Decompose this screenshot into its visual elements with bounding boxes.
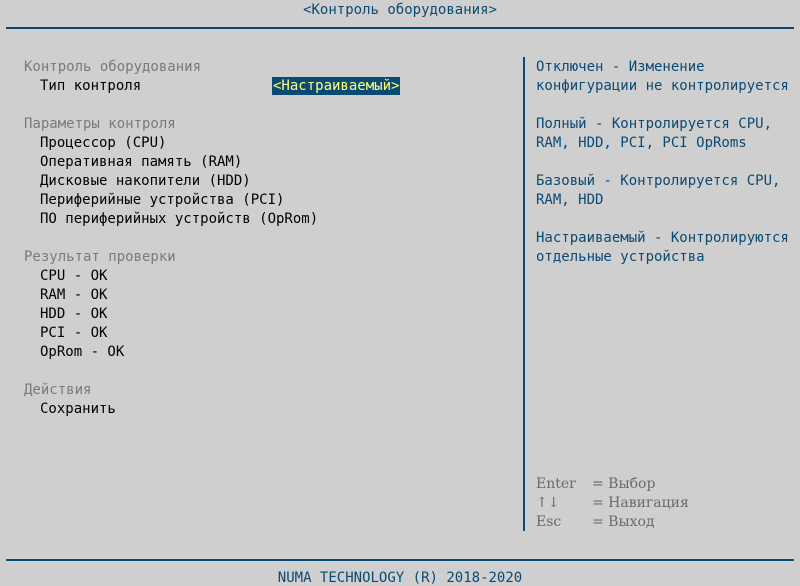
- help-line: Отключен - Изменение: [536, 58, 796, 77]
- save-button[interactable]: Сохранить: [24, 400, 504, 419]
- result-cpu: CPU - OK: [24, 267, 504, 286]
- esc-key-desc: = Выход: [592, 513, 655, 532]
- help-line: RAM, HDD, PCI, PCI OpRoms: [536, 134, 796, 153]
- control-type-label[interactable]: Тип контроля: [24, 77, 504, 96]
- footer-copyright: NUMA TECHNOLOGY (R) 2018-2020: [0, 569, 800, 586]
- bottom-divider: [6, 559, 794, 561]
- section-control-params: Параметры контроля: [24, 115, 504, 134]
- param-ram[interactable]: Оперативная память (RAM): [24, 153, 504, 172]
- help-line: RAM, HDD: [536, 191, 796, 210]
- result-hdd: HDD - OK: [24, 305, 504, 324]
- help-line: отдельные устройства: [536, 248, 796, 267]
- help-line: [536, 96, 796, 115]
- help-panel: Отключен - Изменение конфигурации не кон…: [536, 58, 796, 267]
- help-line: [536, 210, 796, 229]
- top-divider: [6, 27, 794, 29]
- page-title: <Контроль оборудования>: [0, 1, 800, 19]
- section-hardware-control: Контроль оборудования: [24, 58, 504, 77]
- result-pci: PCI - OK: [24, 324, 504, 343]
- key-hint-esc: Esc = Выход: [536, 513, 689, 532]
- key-hint-enter: Enter = Выбор: [536, 475, 689, 494]
- section-check-results: Результат проверки: [24, 248, 504, 267]
- help-line: [536, 153, 796, 172]
- help-line: конфигурации не контролируется: [536, 77, 796, 96]
- param-oprom[interactable]: ПО периферийных устройств (OpRom): [24, 210, 504, 229]
- key-legend: Enter = Выбор ↑↓ = Навигация Esc = Выход: [536, 475, 689, 532]
- arrows-icon: ↑↓: [536, 494, 592, 513]
- key-hint-arrows: ↑↓ = Навигация: [536, 494, 689, 513]
- result-oprom: OpRom - OK: [24, 343, 504, 362]
- settings-panel: Контроль оборудования Тип контроля Парам…: [24, 58, 504, 419]
- help-line: Полный - Контролируется CPU,: [536, 115, 796, 134]
- result-ram: RAM - OK: [24, 286, 504, 305]
- esc-key-label: Esc: [536, 513, 592, 532]
- param-cpu[interactable]: Процессор (CPU): [24, 134, 504, 153]
- panel-divider: [523, 57, 525, 531]
- help-line: Базовый - Контролируется CPU,: [536, 172, 796, 191]
- section-actions: Действия: [24, 381, 504, 400]
- param-pci[interactable]: Периферийные устройства (PCI): [24, 191, 504, 210]
- arrows-key-desc: = Навигация: [592, 494, 689, 513]
- control-type-select[interactable]: <Настраиваемый>: [272, 77, 400, 95]
- enter-key-label: Enter: [536, 475, 592, 494]
- help-line: Настраиваемый - Контролируются: [536, 229, 796, 248]
- enter-key-desc: = Выбор: [592, 475, 655, 494]
- param-hdd[interactable]: Дисковые накопители (HDD): [24, 172, 504, 191]
